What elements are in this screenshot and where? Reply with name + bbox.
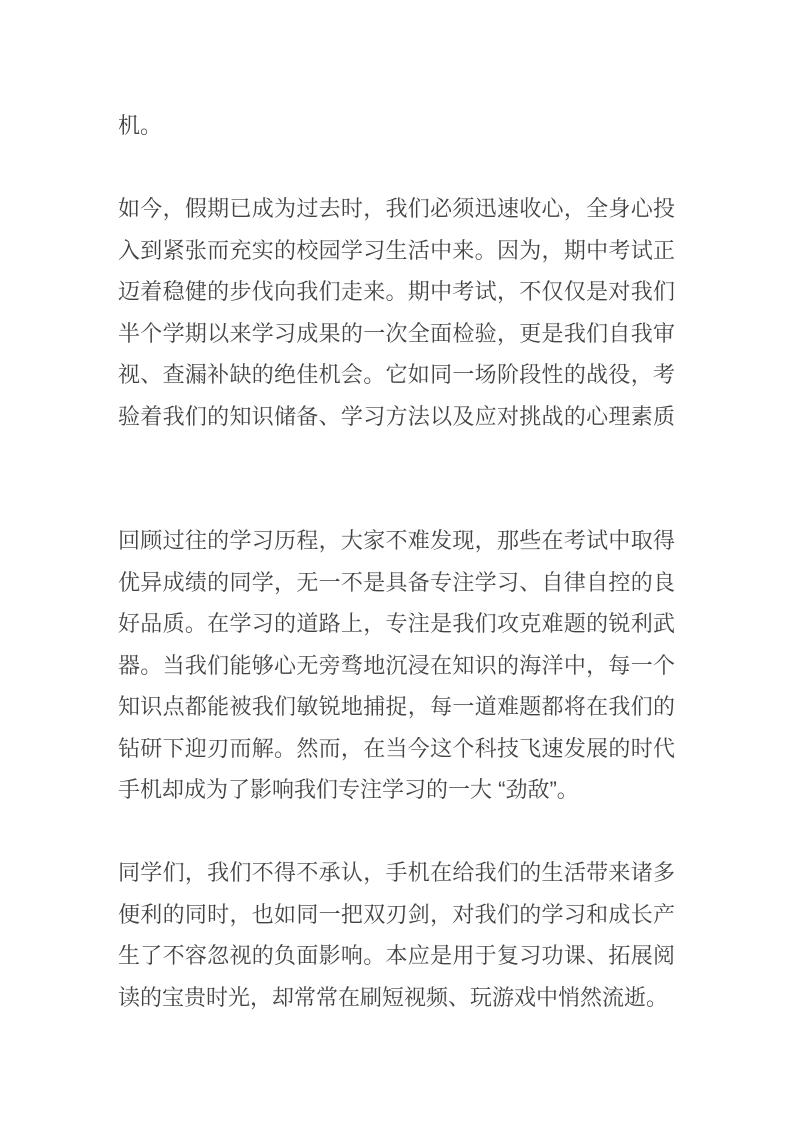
text-line: 便利的同时，也如同一把双刃剑，对我们的学习和成长产 [118,894,675,936]
text-line: 生了不容忽视的负面影响。本应是用于复习功课、拓展阅 [118,935,675,977]
text-line: 回顾过往的学习历程，大家不难发现，那些在考试中取得 [118,520,675,562]
text-line: 同学们，我们不得不承认，手机在给我们的生活带来诸多 [118,852,675,894]
text-line: 验着我们的知识储备、学习方法以及应对挑战的心理素质 [118,396,675,438]
paragraph-1: 机。 [118,105,675,147]
text-line: 入到紧张而充实的校园学习生活中来。因为，期中考试正 [118,230,675,272]
text-line: 手机却成为了影响我们专注学习的一大 “劲敌”。 [118,769,675,811]
paragraph-2: 如今，假期已成为过去时，我们必须迅速收心，全身心投 入到紧张而充实的校园学习生活… [118,188,675,437]
text-line: 器。当我们能够心无旁骛地沉浸在知识的海洋中，每一个 [118,645,675,687]
text-line: 如今，假期已成为过去时，我们必须迅速收心，全身心投 [118,188,675,230]
document-page: 机。 如今，假期已成为过去时，我们必须迅速收心，全身心投 入到紧张而充实的校园学… [0,0,793,1122]
text-line: 好品质。在学习的道路上，专注是我们攻克难题的锐利武 [118,603,675,645]
text-line: 钻研下迎刃而解。然而，在当今这个科技飞速发展的时代 [118,728,675,770]
text-line: 半个学期以来学习成果的一次全面检验，更是我们自我审 [118,313,675,355]
paragraph-3: 回顾过往的学习历程，大家不难发现，那些在考试中取得 优异成绩的同学，无一不是具备… [118,520,675,811]
document-text-body: 机。 如今，假期已成为过去时，我们必须迅速收心，全身心投 入到紧张而充实的校园学… [118,105,675,1018]
text-line: 读的宝贵时光，却常常在刷短视频、玩游戏中悄然流逝。 [118,977,675,1019]
text-line: 视、查漏补缺的绝佳机会。它如同一场阶段性的战役，考 [118,354,675,396]
text-line: 迈着稳健的步伐向我们走来。期中考试，不仅仅是对我们 [118,271,675,313]
text-line: 机。 [118,105,675,147]
paragraph-4: 同学们，我们不得不承认，手机在给我们的生活带来诸多 便利的同时，也如同一把双刃剑… [118,852,675,1018]
text-line: 优异成绩的同学，无一不是具备专注学习、自律自控的良 [118,562,675,604]
text-line: 知识点都能被我们敏锐地捕捉，每一道难题都将在我们的 [118,686,675,728]
